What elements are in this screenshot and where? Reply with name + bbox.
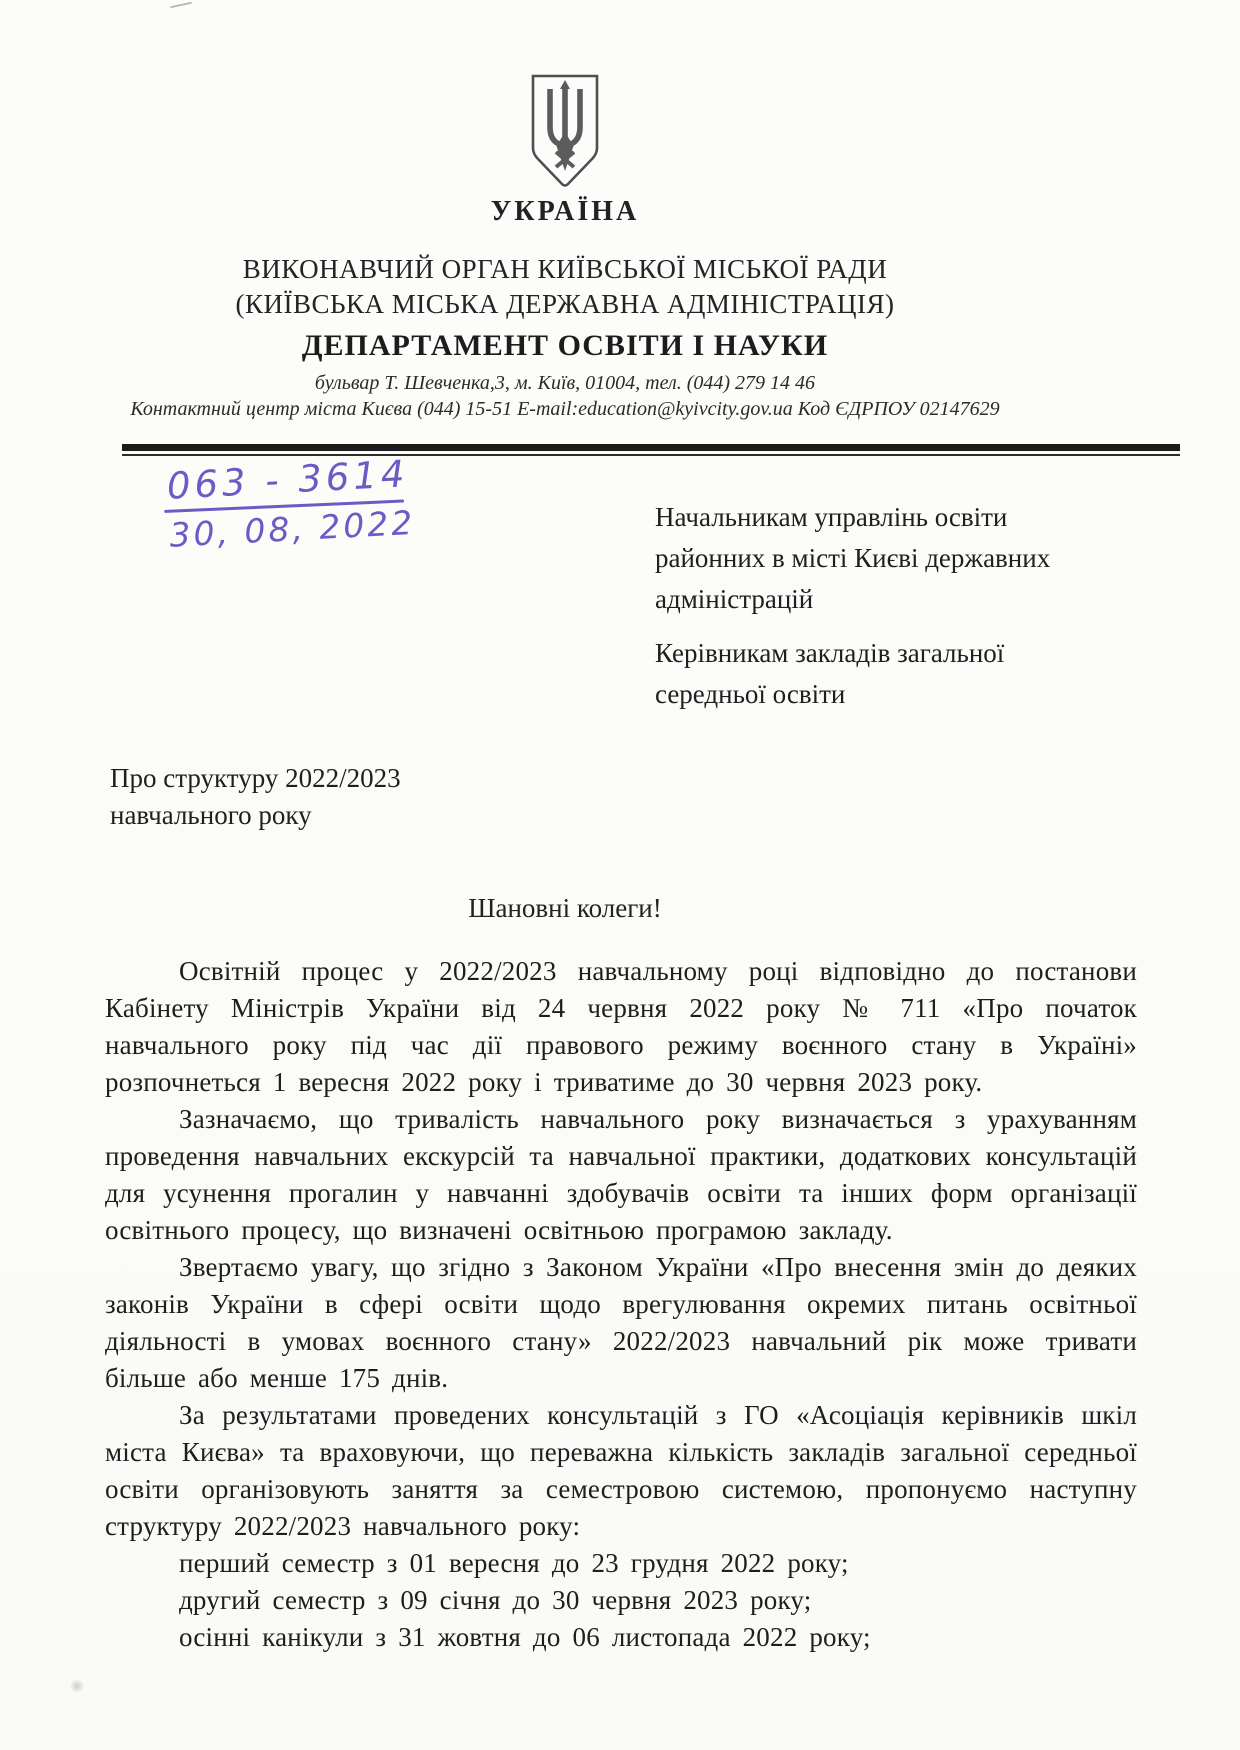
scan-smudge-artifact bbox=[70, 1678, 84, 1694]
scan-scratch-artifact bbox=[170, 2, 192, 9]
letterhead: УКРАЇНА ВИКОНАВЧИЙ ОРГАН КИЇВСЬКОЇ МІСЬК… bbox=[0, 72, 1130, 421]
salutation: Шановні колеги! bbox=[0, 893, 1130, 924]
letter-body: Освітній процес у 2022/2023 навчальному … bbox=[105, 953, 1137, 1656]
org-name-line1: ВИКОНАВЧИЙ ОРГАН КИЇВСЬКОЇ МІСЬКОЇ РАДИ bbox=[0, 254, 1130, 285]
addressee-line: районних в місті Києві державних bbox=[655, 538, 1135, 579]
addressee-group-1: Начальникам управлінь освіти районних в … bbox=[655, 497, 1135, 620]
semester-list-item-2: другий семестр з 09 січня до 30 червня 2… bbox=[105, 1582, 1137, 1619]
addressee-line: адміністрацій bbox=[655, 579, 1135, 620]
semester-list-item-3: осінні канікули з 31 жовтня до 06 листоп… bbox=[105, 1619, 1137, 1656]
addressee-line: Начальникам управлінь освіти bbox=[655, 497, 1135, 538]
subject-line2: навчального року bbox=[110, 797, 401, 834]
addressee-line: Керівникам закладів загальної bbox=[655, 633, 1135, 674]
ukraine-trident-emblem-icon bbox=[526, 72, 604, 192]
org-name-line2: (КИЇВСЬКА МІСЬКА ДЕРЖАВНА АДМІНІСТРАЦІЯ) bbox=[0, 289, 1130, 320]
subject-block: Про структуру 2022/2023 навчального року bbox=[110, 760, 401, 834]
address-line2: Контактний центр міста Києва (044) 15-51… bbox=[0, 398, 1130, 421]
addressee-line: середньої освіти bbox=[655, 674, 1135, 715]
handwritten-registration-block: 063 - 3614 30, 08, 2022 bbox=[166, 451, 430, 554]
scanned-letter-page: УКРАЇНА ВИКОНАВЧИЙ ОРГАН КИЇВСЬКОЇ МІСЬК… bbox=[0, 0, 1240, 1750]
addressee-group-2: Керівникам закладів загальної середньої … bbox=[655, 633, 1135, 715]
address-line1: бульвар Т. Шевченка,3, м. Київ, 01004, т… bbox=[0, 372, 1130, 395]
letterhead-divider-rule bbox=[122, 444, 1180, 456]
body-paragraph-2: Зазначаємо, що тривалість навчального ро… bbox=[105, 1101, 1137, 1249]
subject-line1: Про структуру 2022/2023 bbox=[110, 760, 401, 797]
body-paragraph-1: Освітній процес у 2022/2023 навчальному … bbox=[105, 953, 1137, 1101]
department-name: ДЕПАРТАМЕНТ ОСВІТИ І НАУКИ bbox=[0, 329, 1130, 363]
country-name: УКРАЇНА bbox=[0, 196, 1130, 228]
body-paragraph-3: Звертаємо увагу, що згідно з Законом Укр… bbox=[105, 1249, 1137, 1397]
body-paragraph-4: За результатами проведених консультацій … bbox=[105, 1397, 1137, 1545]
semester-list-item-1: перший семестр з 01 вересня до 23 грудня… bbox=[105, 1545, 1137, 1582]
addressee-block: Начальникам управлінь освіти районних в … bbox=[655, 497, 1135, 715]
